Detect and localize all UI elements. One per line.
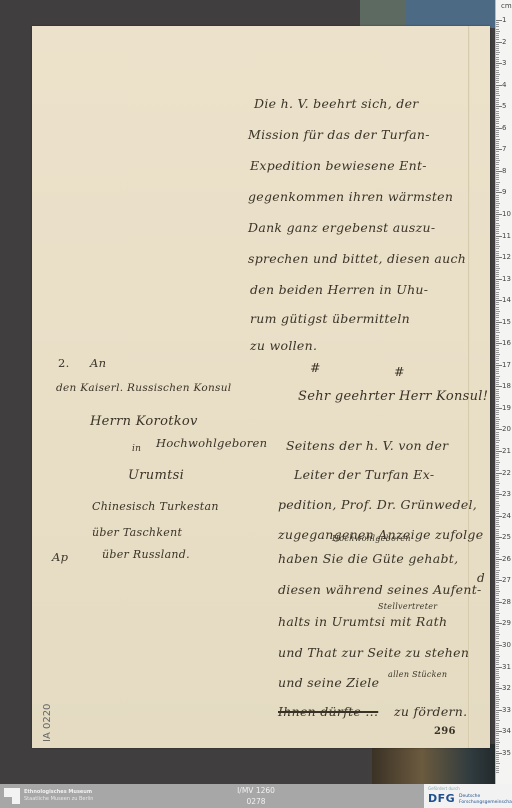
ruler-minor-tick xyxy=(496,576,499,577)
pencil-shelfmark: IA 0220 xyxy=(42,704,53,742)
ruler-minor-tick xyxy=(496,289,500,290)
ruler-minor-tick xyxy=(496,608,499,609)
ruler-minor-tick xyxy=(496,330,499,331)
ruler-minor-tick xyxy=(496,274,499,275)
body-line-10-struck: Ihnen dürfte ... xyxy=(278,704,378,719)
ruler-minor-tick xyxy=(496,626,499,627)
ruler-minor-tick xyxy=(496,113,499,114)
ruler-minor-tick xyxy=(496,218,499,219)
ruler-minor-tick xyxy=(496,604,499,605)
ruler-label: 9 xyxy=(502,188,506,196)
ruler-minor-tick xyxy=(496,190,499,191)
ruler-minor-tick xyxy=(496,309,499,310)
ruler-minor-tick xyxy=(496,664,499,665)
ruler-minor-tick xyxy=(496,593,499,594)
funder-name-1: Deutsche xyxy=(459,794,480,799)
body-line-1: Seitens der h. V. von der xyxy=(286,438,448,453)
ruler-minor-tick xyxy=(496,554,499,555)
ruler-minor-tick xyxy=(496,132,499,133)
ruler-label: 26 xyxy=(502,555,511,563)
ruler-minor-tick xyxy=(496,391,499,392)
ruler-minor-tick xyxy=(496,46,499,47)
ruler-minor-tick xyxy=(496,95,500,96)
page-edge-mark: d xyxy=(477,571,485,585)
ruler-label: 34 xyxy=(502,727,511,735)
ruler-label: 14 xyxy=(502,296,511,304)
ruler-minor-tick xyxy=(496,255,499,256)
ruler-minor-tick xyxy=(496,606,499,607)
ruler-label: 11 xyxy=(502,232,511,240)
ruler-minor-tick xyxy=(496,621,499,622)
ruler-minor-tick xyxy=(496,417,499,418)
ruler-minor-tick xyxy=(496,449,499,450)
ruler-minor-tick xyxy=(496,251,499,252)
ruler-minor-tick xyxy=(496,574,499,575)
ruler-minor-tick xyxy=(496,610,499,611)
ruler-minor-tick xyxy=(496,393,499,394)
ruler-minor-tick xyxy=(496,380,499,381)
ruler-minor-tick xyxy=(496,22,499,23)
ruler-minor-tick xyxy=(496,328,499,329)
ruler-minor-tick xyxy=(496,371,499,372)
ruler-minor-tick xyxy=(496,438,499,439)
ruler-minor-tick xyxy=(496,684,499,685)
ruler-minor-tick xyxy=(496,746,499,747)
ruler-minor-tick xyxy=(496,526,500,527)
ruler-minor-tick xyxy=(496,432,499,433)
measurement-ruler: cm 1234567891011121314151617181920212223… xyxy=(495,0,512,784)
ruler-minor-tick xyxy=(496,74,500,75)
ruler-minor-tick xyxy=(496,766,499,767)
ruler-minor-tick xyxy=(496,707,499,708)
address-line-2: den Kaiserl. Russischen Konsul xyxy=(56,382,231,394)
ruler-minor-tick xyxy=(496,369,499,370)
ruler-minor-tick xyxy=(496,389,499,390)
ruler-minor-tick xyxy=(496,91,499,92)
ruler-label: 17 xyxy=(502,361,511,369)
ruler-minor-tick xyxy=(496,358,499,359)
ruler-minor-tick xyxy=(496,699,500,700)
ruler-minor-tick xyxy=(496,78,499,79)
ruler-minor-tick xyxy=(496,682,499,683)
ruler-label: 15 xyxy=(502,318,511,326)
ruler-minor-tick xyxy=(496,768,499,769)
ruler-minor-tick xyxy=(496,546,499,547)
body-line-11: zu fördern. xyxy=(394,704,467,719)
ruler-label: 4 xyxy=(502,81,506,89)
ruler-minor-tick xyxy=(496,511,499,512)
ruler-minor-tick xyxy=(496,660,499,661)
folio-number: 296 xyxy=(434,726,456,737)
ruler-minor-tick xyxy=(496,341,499,342)
ruler-label: 12 xyxy=(502,253,511,261)
ruler-minor-tick xyxy=(496,292,499,293)
ruler-minor-tick xyxy=(496,332,500,333)
ruler-minor-tick xyxy=(496,442,499,443)
ruler-minor-tick xyxy=(496,367,499,368)
ruler-minor-tick xyxy=(496,427,499,428)
ruler-minor-tick xyxy=(496,587,499,588)
funder-label: Gefördert durch xyxy=(428,786,460,791)
ruler-minor-tick xyxy=(496,712,499,713)
ruler-minor-tick xyxy=(496,705,499,706)
ruler-minor-tick xyxy=(496,755,499,756)
insertion-allen-stuecken: allen Stücken xyxy=(388,670,447,679)
ruler-minor-tick xyxy=(496,772,499,773)
ruler-label: 23 xyxy=(502,490,511,498)
ruler-minor-tick xyxy=(496,139,500,140)
ruler-minor-tick xyxy=(496,770,499,771)
ruler-minor-tick xyxy=(496,93,499,94)
ruler-minor-tick xyxy=(496,509,499,510)
ruler-label: 3 xyxy=(502,59,506,67)
ruler-minor-tick xyxy=(496,123,499,124)
ruler-minor-tick xyxy=(496,33,499,34)
ruler-minor-tick xyxy=(496,513,499,514)
address-line-8: über Taschkent xyxy=(92,526,182,539)
ruler-minor-tick xyxy=(496,339,499,340)
ruler-minor-tick xyxy=(496,31,500,32)
ruler-minor-tick xyxy=(496,311,500,312)
ruler-minor-tick xyxy=(496,466,499,467)
ruler-minor-tick xyxy=(496,654,499,655)
right-line-2: Mission für das der Turfan- xyxy=(248,127,430,142)
ruler-minor-tick xyxy=(496,164,499,165)
ruler-minor-tick xyxy=(496,70,499,71)
ruler-minor-tick xyxy=(496,757,499,758)
ruler-minor-tick xyxy=(496,548,500,549)
right-line-7: den beiden Herren in Uhu- xyxy=(250,282,428,297)
ruler-minor-tick xyxy=(496,410,499,411)
ruler-minor-tick xyxy=(496,173,499,174)
ruler-minor-tick xyxy=(496,231,499,232)
body-line-9: und seine Ziele xyxy=(278,675,379,690)
ruler-minor-tick xyxy=(496,154,499,155)
ruler-minor-tick xyxy=(496,272,499,273)
ruler-minor-tick xyxy=(496,761,499,762)
ruler-minor-tick xyxy=(496,613,500,614)
ruler-minor-tick xyxy=(496,714,499,715)
ruler-minor-tick xyxy=(496,542,499,543)
ruler-minor-tick xyxy=(496,501,499,502)
ruler-minor-tick xyxy=(496,460,499,461)
page-fold-line xyxy=(468,26,470,748)
ruler-minor-tick xyxy=(496,488,499,489)
ruler-minor-tick xyxy=(496,677,500,678)
ruler-minor-tick xyxy=(496,261,499,262)
ruler-minor-tick xyxy=(496,29,499,30)
ruler-minor-tick xyxy=(496,496,499,497)
ruler-minor-tick xyxy=(496,76,499,77)
mount-board-blue xyxy=(406,0,496,28)
ruler-minor-tick xyxy=(496,348,499,349)
ruler-minor-tick xyxy=(496,649,499,650)
ruler-minor-tick xyxy=(496,563,499,564)
book-binding-edge xyxy=(372,744,496,784)
ruler-minor-tick xyxy=(496,455,499,456)
ruler-minor-tick xyxy=(496,52,500,53)
ruler-minor-tick xyxy=(496,326,499,327)
ruler-label: 6 xyxy=(502,124,506,132)
ruler-minor-tick xyxy=(496,445,499,446)
ruler-minor-tick xyxy=(496,98,499,99)
ruler-minor-tick xyxy=(496,186,499,187)
ruler-minor-tick xyxy=(496,425,499,426)
ruler-minor-tick xyxy=(496,317,499,318)
ruler-minor-tick xyxy=(496,529,499,530)
ruler-minor-tick xyxy=(496,479,499,480)
ruler-minor-tick xyxy=(496,315,499,316)
ruler-minor-tick xyxy=(496,406,499,407)
ruler-minor-tick xyxy=(496,600,499,601)
ruler-minor-tick xyxy=(496,111,499,112)
ruler-minor-tick xyxy=(496,552,499,553)
body-line-3: pedition, Prof. Dr. Grünwedel, xyxy=(278,497,477,512)
ruler-minor-tick xyxy=(496,727,499,728)
ruler-label: 8 xyxy=(502,167,506,175)
ruler-minor-tick xyxy=(496,121,499,122)
ruler-minor-tick xyxy=(496,203,500,204)
ruler-minor-tick xyxy=(496,48,499,49)
ruler-label: 16 xyxy=(502,339,511,347)
ruler-minor-tick xyxy=(496,296,499,297)
ruler-minor-tick xyxy=(496,119,499,120)
ruler-minor-tick xyxy=(496,167,499,168)
ruler-minor-tick xyxy=(496,550,499,551)
ruler-minor-tick xyxy=(496,39,499,40)
ruler-minor-tick xyxy=(496,108,499,109)
ruler-minor-tick xyxy=(496,531,499,532)
ruler-minor-tick xyxy=(496,89,499,90)
right-line-9: zu wollen. xyxy=(250,338,317,353)
ruler-minor-tick xyxy=(496,520,499,521)
ruler-label: 32 xyxy=(502,684,511,692)
ruler-minor-tick xyxy=(496,440,500,441)
ruler-minor-tick xyxy=(496,223,499,224)
ruler-minor-tick xyxy=(496,345,499,346)
ruler-minor-tick xyxy=(496,578,499,579)
ruler-minor-tick xyxy=(496,619,499,620)
ruler-minor-tick xyxy=(496,264,499,265)
ruler-minor-tick xyxy=(496,570,500,571)
ruler-minor-tick xyxy=(496,35,499,36)
ruler-minor-tick xyxy=(496,634,500,635)
ruler-minor-tick xyxy=(496,690,499,691)
ruler-minor-tick xyxy=(496,686,499,687)
ruler-minor-tick xyxy=(496,483,500,484)
ruler-minor-tick xyxy=(496,695,499,696)
letter-number: 2. xyxy=(58,356,70,370)
ruler-minor-tick xyxy=(496,759,499,760)
ruler-minor-tick xyxy=(496,533,499,534)
salutation: Sehr geehrter Herr Konsul! xyxy=(298,389,488,404)
section-mark-1: # xyxy=(310,360,321,375)
ruler-minor-tick xyxy=(496,539,499,540)
ruler-minor-tick xyxy=(496,632,499,633)
ruler-minor-tick xyxy=(496,617,499,618)
ruler-minor-tick xyxy=(496,397,500,398)
ruler-minor-tick xyxy=(496,141,499,142)
right-line-6: sprechen und bittet, diesen auch xyxy=(248,251,466,266)
ruler-minor-tick xyxy=(496,117,500,118)
ruler-minor-tick xyxy=(496,354,500,355)
ruler-minor-tick xyxy=(496,143,499,144)
ruler-label: 27 xyxy=(502,576,511,584)
ruler-minor-tick xyxy=(496,212,499,213)
ruler-minor-tick xyxy=(496,598,499,599)
ruler-minor-tick xyxy=(496,199,499,200)
ruler-minor-tick xyxy=(496,37,499,38)
ruler-minor-tick xyxy=(496,242,499,243)
ruler-label: 33 xyxy=(502,706,511,714)
ruler-minor-tick xyxy=(496,535,499,536)
ruler-label: 21 xyxy=(502,447,511,455)
ruler-minor-tick xyxy=(496,162,499,163)
ruler-minor-tick xyxy=(496,468,499,469)
ruler-minor-tick xyxy=(496,169,499,170)
ruler-minor-tick xyxy=(496,304,499,305)
ruler-minor-tick xyxy=(496,87,499,88)
ruler-minor-tick xyxy=(496,447,499,448)
ruler-minor-tick xyxy=(496,363,499,364)
ruler-minor-tick xyxy=(496,462,500,463)
ruler-minor-tick xyxy=(496,503,499,504)
ruler-minor-tick xyxy=(496,104,499,105)
ruler-minor-tick xyxy=(496,201,499,202)
ruler-minor-tick xyxy=(496,582,499,583)
ruler-minor-tick xyxy=(496,423,499,424)
ruler-minor-tick xyxy=(496,376,500,377)
body-line-8: und That zur Seite zu stehen xyxy=(278,645,469,660)
ruler-label: 19 xyxy=(502,404,511,412)
ruler-minor-tick xyxy=(496,565,499,566)
ruler-minor-tick xyxy=(496,320,499,321)
ruler-minor-tick xyxy=(496,464,499,465)
ruler-minor-tick xyxy=(496,384,499,385)
ruler-minor-tick xyxy=(496,585,499,586)
ruler-minor-tick xyxy=(496,615,499,616)
ruler-minor-tick xyxy=(496,156,499,157)
ruler-minor-tick xyxy=(496,718,499,719)
ruler-minor-tick xyxy=(496,703,499,704)
ruler-minor-tick xyxy=(496,651,499,652)
ruler-label: 28 xyxy=(502,598,511,606)
ruler-minor-tick xyxy=(496,475,499,476)
ruler-minor-tick xyxy=(496,302,499,303)
body-line-2: Leiter der Turfan Ex- xyxy=(294,467,434,482)
ruler-unit: cm xyxy=(501,2,512,10)
ruler-minor-tick xyxy=(496,647,499,648)
ruler-minor-tick xyxy=(496,65,499,66)
ruler-minor-tick xyxy=(496,498,499,499)
ruler-label: 31 xyxy=(502,663,511,671)
ruler-minor-tick xyxy=(496,136,499,137)
ruler-minor-tick xyxy=(496,763,500,764)
ruler-minor-tick xyxy=(496,401,499,402)
ruler-minor-tick xyxy=(496,67,499,68)
address-line-6: Urumtsi xyxy=(128,468,184,483)
body-line-6: diesen während seines Aufent- xyxy=(278,582,482,597)
ruler-minor-tick xyxy=(496,481,499,482)
ruler-minor-tick xyxy=(496,248,499,249)
ruler-minor-tick xyxy=(496,276,499,277)
ruler-minor-tick xyxy=(496,378,499,379)
ruler-label: 35 xyxy=(502,749,511,757)
ruler-minor-tick xyxy=(496,720,500,721)
ruler-minor-tick xyxy=(496,210,499,211)
ruler-minor-tick xyxy=(496,188,499,189)
address-line-7: Chinesisch Turkestan xyxy=(92,500,219,513)
ruler-minor-tick xyxy=(496,259,499,260)
ruler-minor-tick xyxy=(496,701,499,702)
section-mark-2: # xyxy=(394,364,405,379)
ruler-minor-tick xyxy=(496,744,499,745)
ruler-minor-tick xyxy=(496,285,499,286)
ruler-minor-tick xyxy=(496,656,500,657)
ruler-minor-tick xyxy=(496,335,499,336)
ruler-minor-tick xyxy=(496,725,499,726)
ruler-minor-tick xyxy=(496,360,499,361)
ruler-minor-tick xyxy=(496,412,499,413)
ruler-minor-tick xyxy=(496,324,499,325)
ruler-minor-tick xyxy=(496,61,499,62)
ruler-minor-tick xyxy=(496,567,499,568)
ruler-minor-tick xyxy=(496,26,499,27)
ruler-minor-tick xyxy=(496,246,500,247)
ruler-minor-tick xyxy=(496,636,499,637)
ruler-label: 24 xyxy=(502,512,511,520)
ruler-label: 13 xyxy=(502,275,511,283)
ruler-label: 5 xyxy=(502,102,506,110)
ruler-minor-tick xyxy=(496,175,499,176)
ruler-minor-tick xyxy=(496,50,499,51)
ruler-label: 30 xyxy=(502,641,511,649)
ruler-minor-tick xyxy=(496,485,499,486)
ruler-minor-tick xyxy=(496,470,499,471)
ruler-label: 2 xyxy=(502,38,506,46)
ruler-minor-tick xyxy=(496,658,499,659)
ruler-minor-tick xyxy=(496,100,499,101)
ruler-minor-tick xyxy=(496,57,499,58)
ruler-minor-tick xyxy=(496,373,499,374)
ruler-minor-tick xyxy=(496,350,499,351)
ruler-label: 10 xyxy=(502,210,511,218)
manuscript-page: Die h. V. beehrt sich, der Mission für d… xyxy=(32,26,490,748)
ruler-minor-tick xyxy=(496,751,499,752)
ruler-minor-tick xyxy=(496,630,499,631)
ruler-minor-tick xyxy=(496,589,499,590)
ruler-minor-tick xyxy=(496,419,500,420)
ruler-minor-tick xyxy=(496,352,499,353)
ruler-minor-tick xyxy=(496,692,499,693)
ruler-minor-tick xyxy=(496,151,499,152)
ruler-minor-tick xyxy=(496,404,499,405)
ruler-minor-tick xyxy=(496,134,499,135)
ruler-minor-tick xyxy=(496,225,500,226)
ruler-minor-tick xyxy=(496,457,499,458)
ruler-minor-tick xyxy=(496,490,499,491)
ruler-minor-tick xyxy=(496,638,499,639)
ruler-minor-tick xyxy=(496,735,499,736)
ruler-minor-tick xyxy=(496,54,499,55)
address-line-3: Herrn Korotkov xyxy=(90,414,198,429)
ruler-minor-tick xyxy=(496,742,500,743)
ruler-minor-tick xyxy=(496,492,499,493)
ruler-minor-tick xyxy=(496,414,499,415)
ruler-minor-tick xyxy=(496,24,499,25)
ruler-minor-tick xyxy=(496,505,500,506)
address-line-1: An xyxy=(90,356,106,370)
